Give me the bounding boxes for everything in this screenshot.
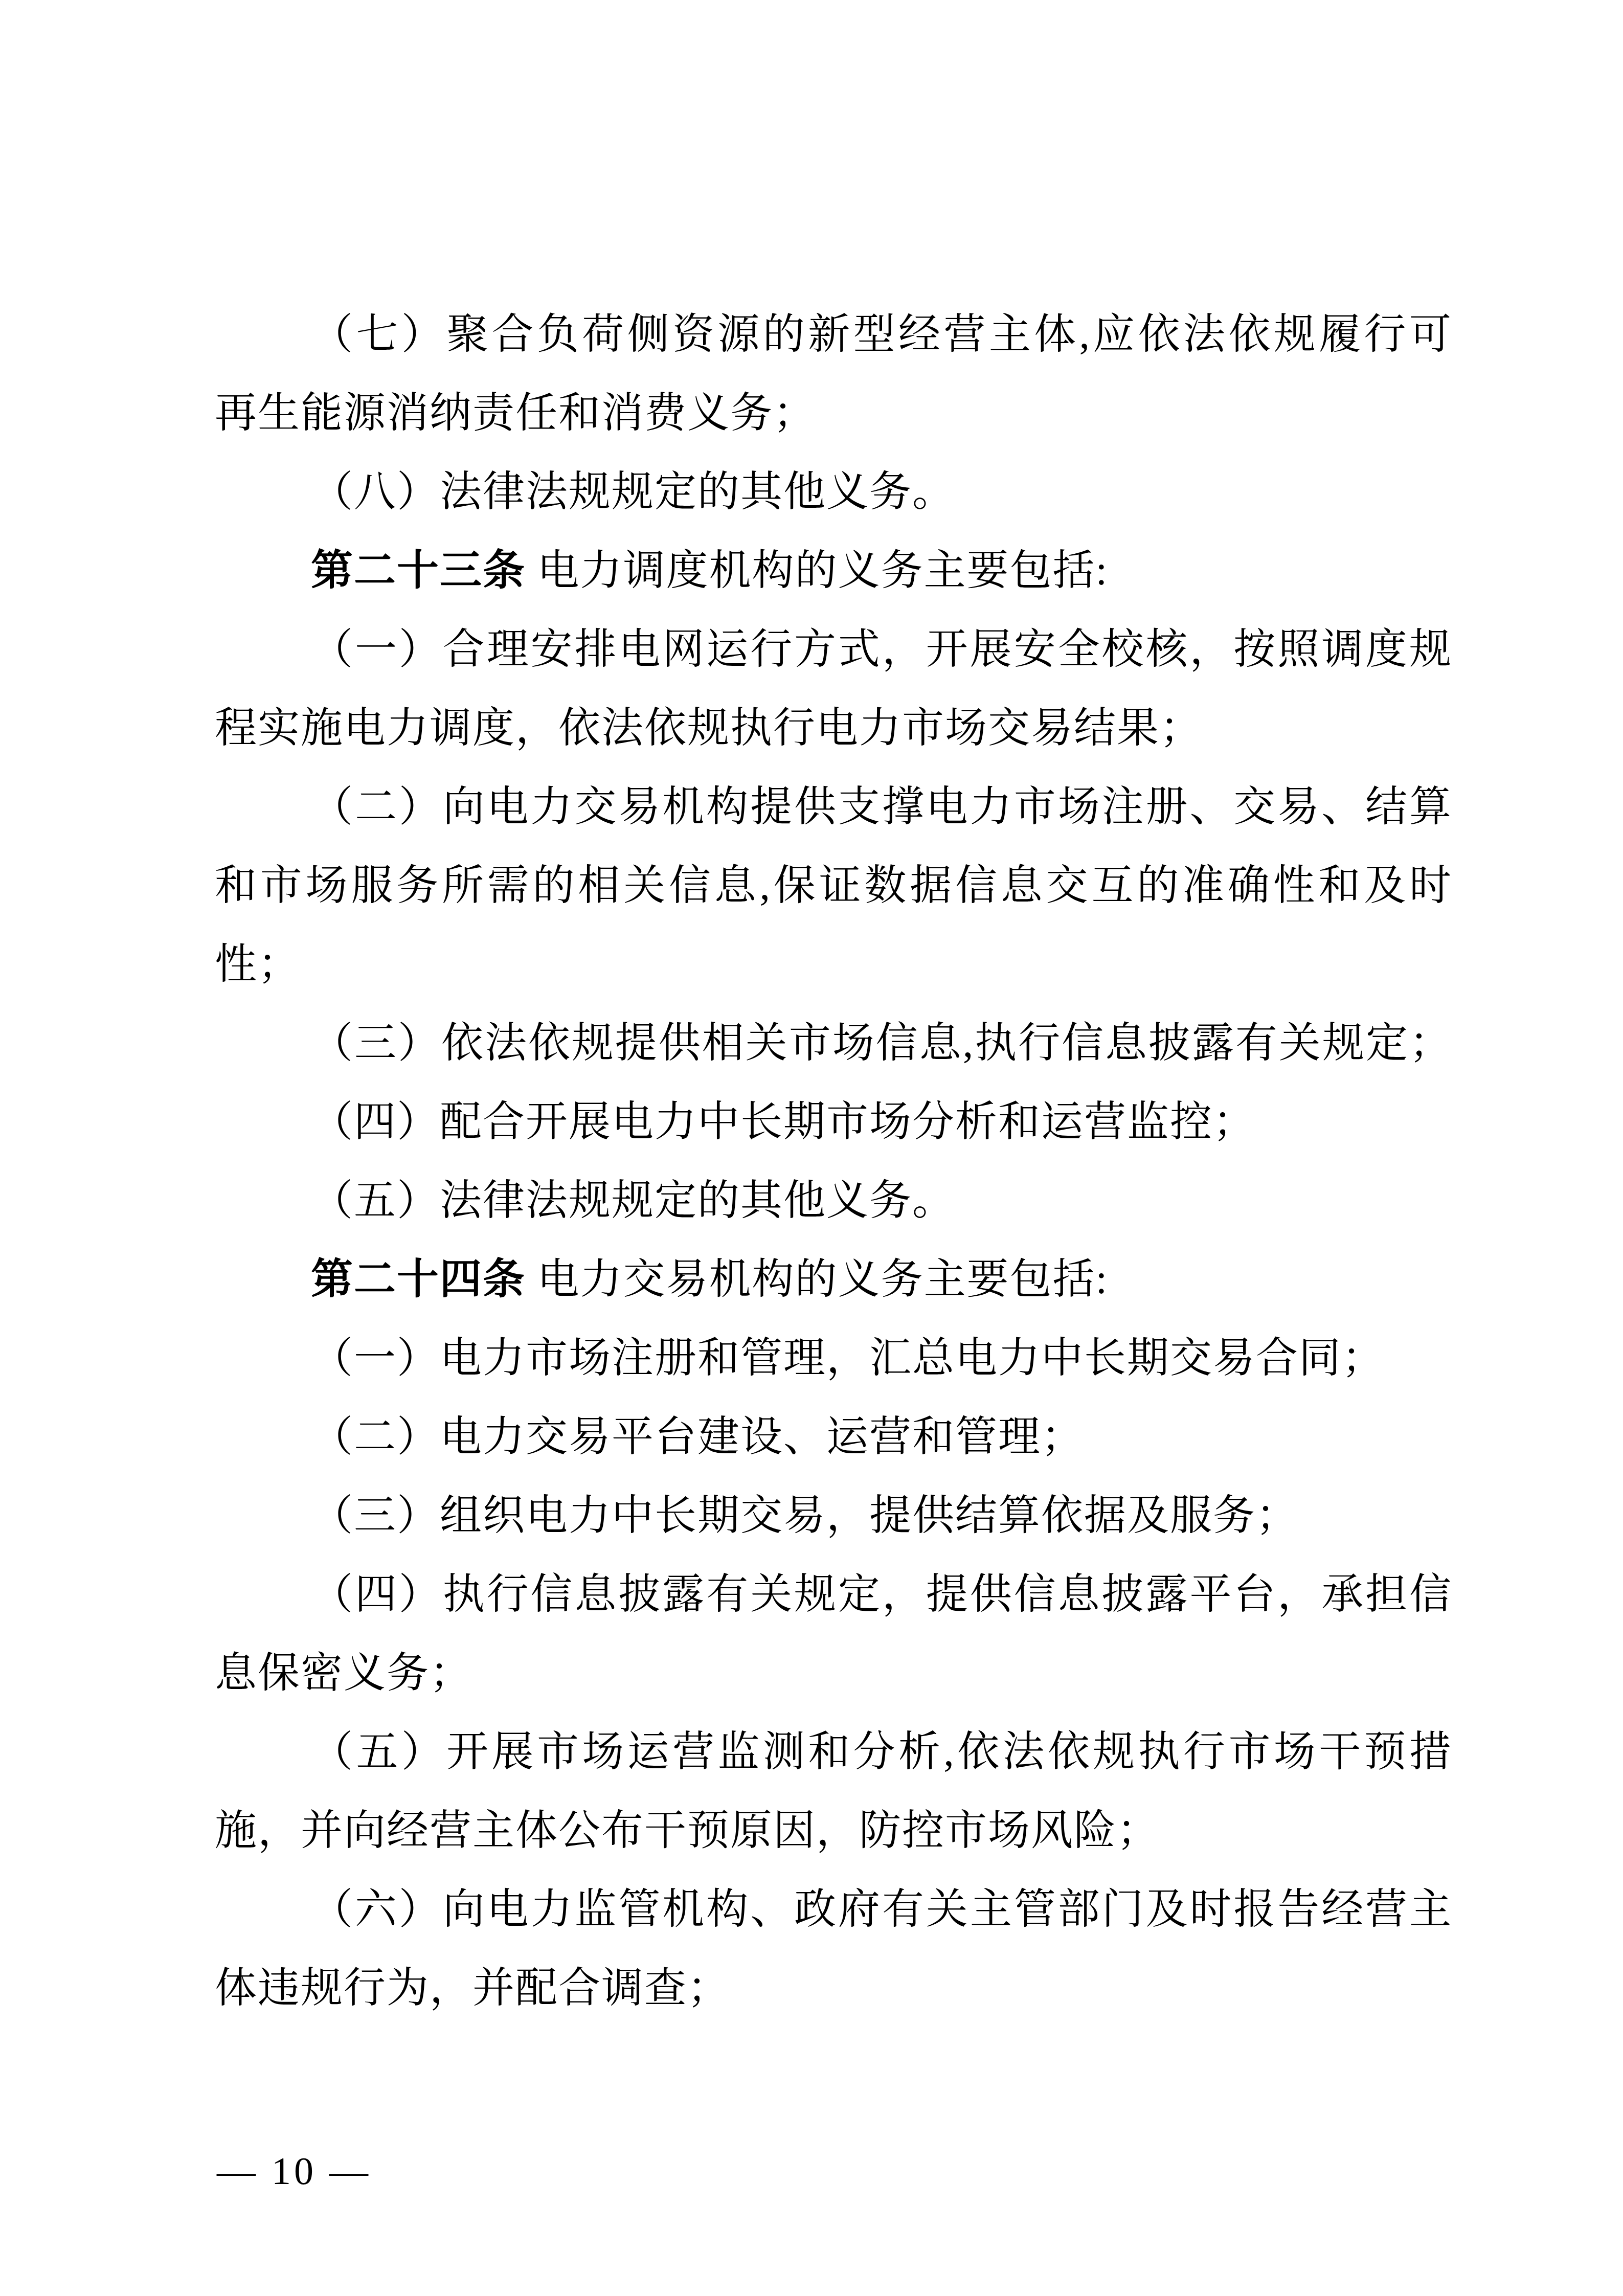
- text-line: （五）开展市场运营监测和分析,依法依规执行市场干预措: [215, 1713, 1452, 1791]
- text-line: 第二十四条 电力交易机构的义务主要包括:: [215, 1240, 1452, 1319]
- text-line: 和市场服务所需的相关信息,保证数据信息交互的准确性和及时: [215, 846, 1452, 925]
- article-text: 电力调度机构的义务主要包括:: [526, 547, 1108, 594]
- text-line: （三）组织电力中长期交易，提供结算依据及服务；: [215, 1476, 1452, 1555]
- text-line: 体违规行为，并配合调查；: [215, 1949, 1452, 2028]
- text-line: 息保密义务；: [215, 1634, 1452, 1713]
- text-line: （四）配合开展电力中长期市场分析和运营监控；: [215, 1083, 1452, 1161]
- text-line: 再生能源消纳责任和消费义务；: [215, 374, 1452, 453]
- text-line: （六）向电力监管机构、政府有关主管部门及时报告经营主: [215, 1870, 1452, 1949]
- document-body: （七）聚合负荷侧资源的新型经营主体,应依法依规履行可再生能源消纳责任和消费义务；…: [215, 295, 1452, 2028]
- text-line: （五）法律法规规定的其他义务。: [215, 1161, 1452, 1240]
- text-line: （二）电力交易平台建设、运营和管理；: [215, 1398, 1452, 1476]
- text-line: 程实施电力调度，依法依规执行电力市场交易结果；: [215, 689, 1452, 768]
- text-line: 施，并向经营主体公布干预原因，防控市场风险；: [215, 1791, 1452, 1870]
- text-line: （八）法律法规规定的其他义务。: [215, 453, 1452, 531]
- text-line: （四）执行信息披露有关规定，提供信息披露平台，承担信: [215, 1555, 1452, 1634]
- text-line: （三）依法依规提供相关市场信息,执行信息披露有关规定；: [215, 1004, 1452, 1083]
- text-line: 性；: [215, 925, 1452, 1004]
- document-page: （七）聚合负荷侧资源的新型经营主体,应依法依规履行可再生能源消纳责任和消费义务；…: [0, 0, 1623, 2296]
- text-line: （七）聚合负荷侧资源的新型经营主体,应依法依规履行可: [215, 295, 1452, 374]
- article-number: 第二十三条: [311, 547, 526, 594]
- text-line: 第二十三条 电力调度机构的义务主要包括:: [215, 531, 1452, 610]
- text-line: （二）向电力交易机构提供支撑电力市场注册、交易、结算: [215, 768, 1452, 846]
- text-line: （一）合理安排电网运行方式，开展安全校核，按照调度规: [215, 610, 1452, 689]
- text-line: （一）电力市场注册和管理，汇总电力中长期交易合同；: [215, 1319, 1452, 1398]
- page-number: — 10 —: [217, 2141, 371, 2202]
- article-text: 电力交易机构的义务主要包括:: [526, 1256, 1108, 1302]
- article-number: 第二十四条: [311, 1256, 526, 1302]
